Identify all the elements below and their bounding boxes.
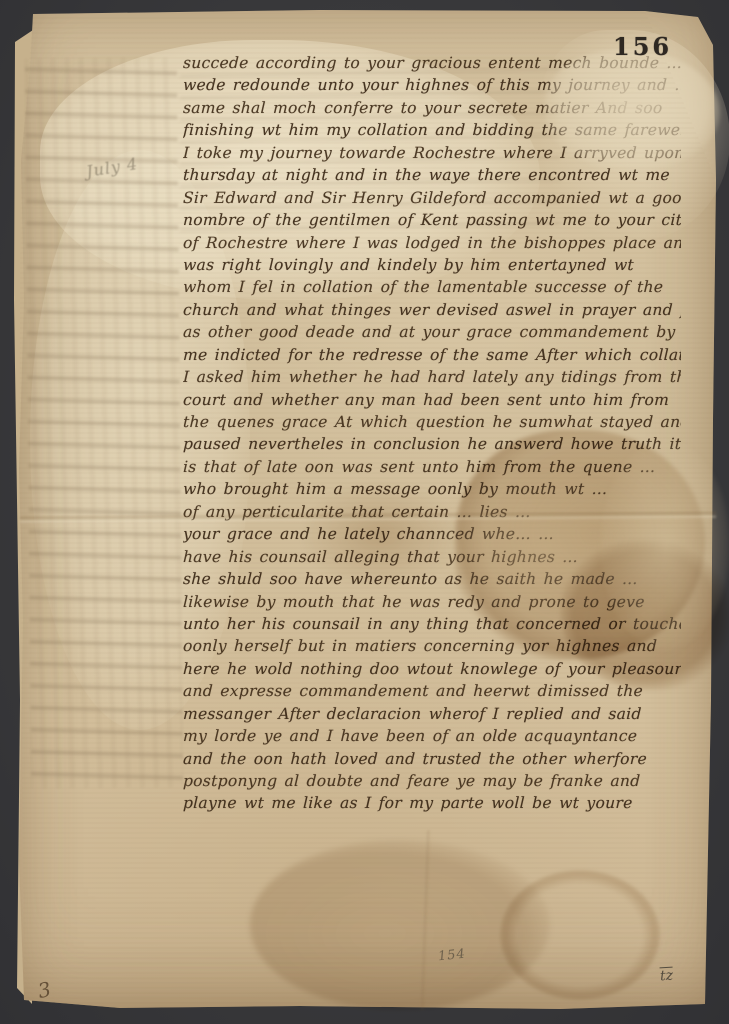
manuscript-line: wede redounde unto your highnes of this … xyxy=(183,74,681,96)
manuscript-line: church and what thinges wer devised aswe… xyxy=(183,299,681,321)
manuscript-line: likewise by mouth that he was redy and p… xyxy=(183,591,681,613)
manuscript-line: court and whether any man had been sent … xyxy=(183,389,681,411)
manuscript-line: same shal moch conferre to your secrete … xyxy=(183,97,681,119)
manuscript-line: playne wt me like as I for my parte woll… xyxy=(183,792,681,814)
manuscript-line: the quenes grace At which question he su… xyxy=(183,411,681,433)
photographic-backdrop: succede according to your gracious enten… xyxy=(0,0,729,1024)
manuscript-line: postponyng al doubte and feare ye may be… xyxy=(183,770,681,792)
manuscript-line: is that of late oon was sent unto him fr… xyxy=(183,456,681,478)
manuscript-line: of Rochestre where I was lodged in the b… xyxy=(183,232,681,254)
manuscript-line: oonly herself but in matiers concerning … xyxy=(183,635,681,657)
manuscript-line: and expresse commandement and heerwt dim… xyxy=(183,680,681,702)
manuscript-line: Sir Edward and Sir Henry Gildeford accom… xyxy=(183,187,681,209)
manuscript-line: nombre of the gentilmen of Kent passing … xyxy=(183,209,681,231)
manuscript-line: she shuld soo have whereunto as he saith… xyxy=(183,568,681,590)
manuscript-line: whom I fel in collation of the lamentabl… xyxy=(183,276,681,298)
manuscript-line: have his counsail alleging that your hig… xyxy=(183,546,681,568)
manuscript-line: finishing wt him my collation and biddin… xyxy=(183,119,681,141)
folio-number-stamp: 156 xyxy=(613,32,672,61)
manuscript-line: here he wold nothing doo wtout knowlege … xyxy=(183,658,681,680)
manuscript-line: who brought him a message oonly by mouth… xyxy=(183,478,681,500)
manuscript-line: me indicted for the redresse of the same… xyxy=(183,344,681,366)
manuscript-line: I toke my journey towarde Rochestre wher… xyxy=(183,142,681,164)
manuscript-line: your grace and he lately channced whe… … xyxy=(183,523,681,545)
manuscript-line: I asked him whether he had hard lately a… xyxy=(183,366,681,388)
bottom-pencil-number: 154 xyxy=(437,947,466,965)
manuscript-line: my lorde ye and I have been of an olde a… xyxy=(183,725,681,747)
manuscript-line: paused nevertheles in conclusion he answ… xyxy=(183,433,681,455)
manuscript-line: unto her his counsail in any thing that … xyxy=(183,613,681,635)
manuscript-line: succede according to your gracious enten… xyxy=(183,52,681,74)
bottom-right-pencil-mark: tz xyxy=(660,968,674,985)
manuscript-text-block: succede according to your gracious enten… xyxy=(183,52,681,824)
manuscript-line: was right lovingly and kindely by him en… xyxy=(183,254,681,276)
manuscript-line: messanger After declaracion wherof I rep… xyxy=(183,703,681,725)
manuscript-line: thursday at night and in the waye there … xyxy=(183,164,681,186)
manuscript-line: as other good deade and at your grace co… xyxy=(183,321,681,343)
manuscript-line: and the oon hath loved and trusted the o… xyxy=(183,748,681,770)
